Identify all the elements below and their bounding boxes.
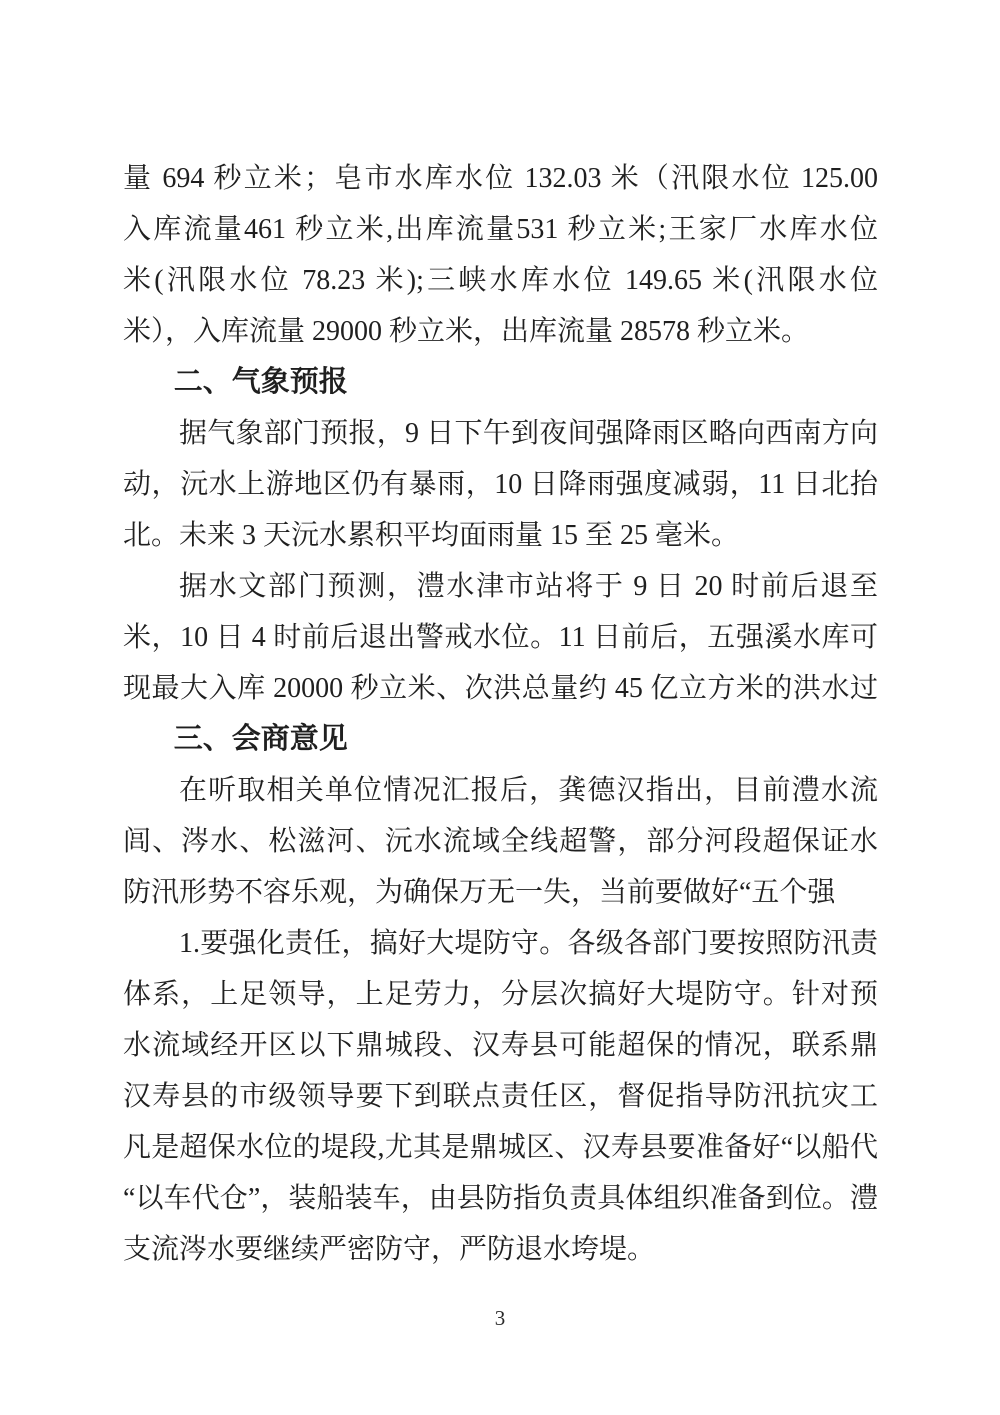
text-line: 1.要强化责任，搞好大堤防守。各级各部门要按照防汛责任 [123, 918, 878, 969]
text-line: 北。未来 3 天沅水累积平均面雨量 15 至 25 毫米。 [123, 510, 878, 561]
heading-weather-forecast: 二、气象预报 [123, 357, 878, 408]
text-line: 米），入库流量 29000 秒立米，出库流量 28578 秒立米。 [123, 306, 878, 357]
para-hydrology-forecast: 据水文部门预测，澧水津市站将于 9 日 20 时前后退至 41.50 米，10 … [123, 561, 878, 714]
para-strengthen-responsibility: 1.要强化责任，搞好大堤防守。各级各部门要按照防汛责任 体系，上足领导，上足劳力… [123, 918, 878, 1275]
text-line: 量 694 秒立米；皂市水库水位 132.03 米（汛限水位 125.00 米）… [123, 153, 878, 204]
text-line: “以车代仓”，装船装车，由县防指负责具体组织准备到位。澧水 [123, 1173, 878, 1224]
text-line: 现最大入库 20000 秒立米、次洪总量约 45 亿立方米的洪水过程。 [123, 663, 878, 714]
text-line: 支流涔水要继续严密防守，严防退水垮堤。 [123, 1224, 878, 1275]
text-line: 动，沅水上游地区仍有暴雨，10 日降雨强度减弱，11 日北抬至湘 [123, 459, 878, 510]
document-page: 量 694 秒立米；皂市水库水位 132.03 米（汛限水位 125.00 米）… [0, 0, 1000, 1415]
text-line: 汉寿县的市级领导要下到联点责任区，督促指导防汛抗灾工作。 [123, 1071, 878, 1122]
document-body: 量 694 秒立米；皂市水库水位 132.03 米（汛限水位 125.00 米）… [123, 153, 878, 1275]
text-line: 据气象部门预报，9 日下午到夜间强降雨区略向西南方向移 [123, 408, 878, 459]
para-situation-summary: 在听取相关单位情况汇报后，龚德汉指出，目前澧水流域尾 闾、涔水、松滋河、沅水流域… [123, 765, 878, 918]
text-line: 米(汛限水位 78.23 米);三峡水库水位 149.65 米(汛限水位 145… [123, 255, 878, 306]
text-line: 闾、涔水、松滋河、沅水流域全线超警，部分河段超保证水位， [123, 816, 878, 867]
text-line: 水流域经开区以下鼎城段、汉寿县可能超保的情况，联系鼎城区、 [123, 1020, 878, 1071]
para-weather-forecast: 据气象部门预报，9 日下午到夜间强降雨区略向西南方向移 动，沅水上游地区仍有暴雨… [123, 408, 878, 561]
page-number: 3 [495, 1306, 506, 1330]
text-line: 据水文部门预测，澧水津市站将于 9 日 20 时前后退至 41.50 [123, 561, 878, 612]
text-line: 入库流量461 秒立米,出库流量531 秒立米;王家厂水库水位81.33 [123, 204, 878, 255]
page-footer: 3 [0, 1303, 1000, 1333]
text-line: 在听取相关单位情况汇报后，龚德汉指出，目前澧水流域尾 [123, 765, 878, 816]
text-line: 防汛形势不容乐观，为确保万无一失，当前要做好“五个强化”。 [123, 867, 878, 918]
text-line: 米，10 日 4 时前后退出警戒水位。11 日前后，五强溪水库可能出 [123, 612, 878, 663]
text-line: 凡是超保水位的堤段,尤其是鼎城区、汉寿县要准备好“以船代仓” [123, 1122, 878, 1173]
para-reservoir-status: 量 694 秒立米；皂市水库水位 132.03 米（汛限水位 125.00 米）… [123, 153, 878, 357]
heading-consultation-opinions: 三、会商意见 [123, 714, 878, 765]
text-line: 体系，上足领导，上足劳力，分层次搞好大堤防守。针对预测沅 [123, 969, 878, 1020]
